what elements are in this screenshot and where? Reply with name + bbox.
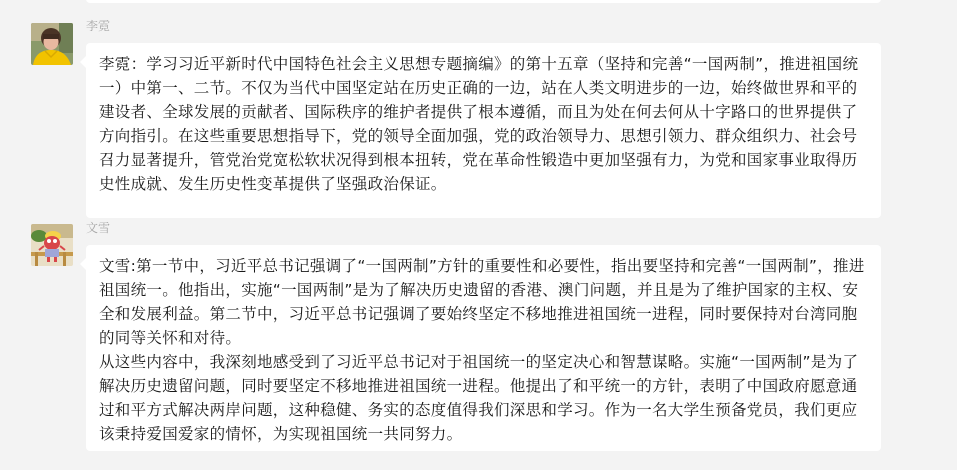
- user-photo-avatar-icon: [31, 23, 73, 65]
- message-text: 李霓：学习习近平新时代中国特色社会主义思想专题摘编》的第十五章（坚持和完善“一国…: [99, 52, 868, 196]
- sender-name: 李霓: [86, 18, 110, 34]
- previous-message-bubble[interactable]: [86, 0, 881, 3]
- chat-message-list[interactable]: 李霓 李霓：学习习近平新时代中国特色社会主义思想专题摘编》的第十五章（坚持和完善…: [0, 0, 957, 470]
- message-text: 文雪:第一节中，习近平总书记强调了“一国两制”方针的重要性和必要性，指出要坚持和…: [99, 254, 868, 350]
- cartoon-character-avatar-icon: [31, 224, 73, 266]
- message-bubble[interactable]: 李霓：学习习近平新时代中国特色社会主义思想专题摘编》的第十五章（坚持和完善“一国…: [86, 43, 881, 218]
- message-bubble[interactable]: 文雪:第一节中，习近平总书记强调了“一国两制”方针的重要性和必要性，指出要坚持和…: [86, 245, 881, 451]
- avatar[interactable]: [31, 224, 73, 266]
- sender-name: 文雪: [86, 220, 110, 236]
- avatar[interactable]: [31, 23, 73, 65]
- message-text: 从这些内容中，我深刻地感受到了习近平总书记对于祖国统一的坚定决心和智慧谋略。实施…: [99, 350, 868, 446]
